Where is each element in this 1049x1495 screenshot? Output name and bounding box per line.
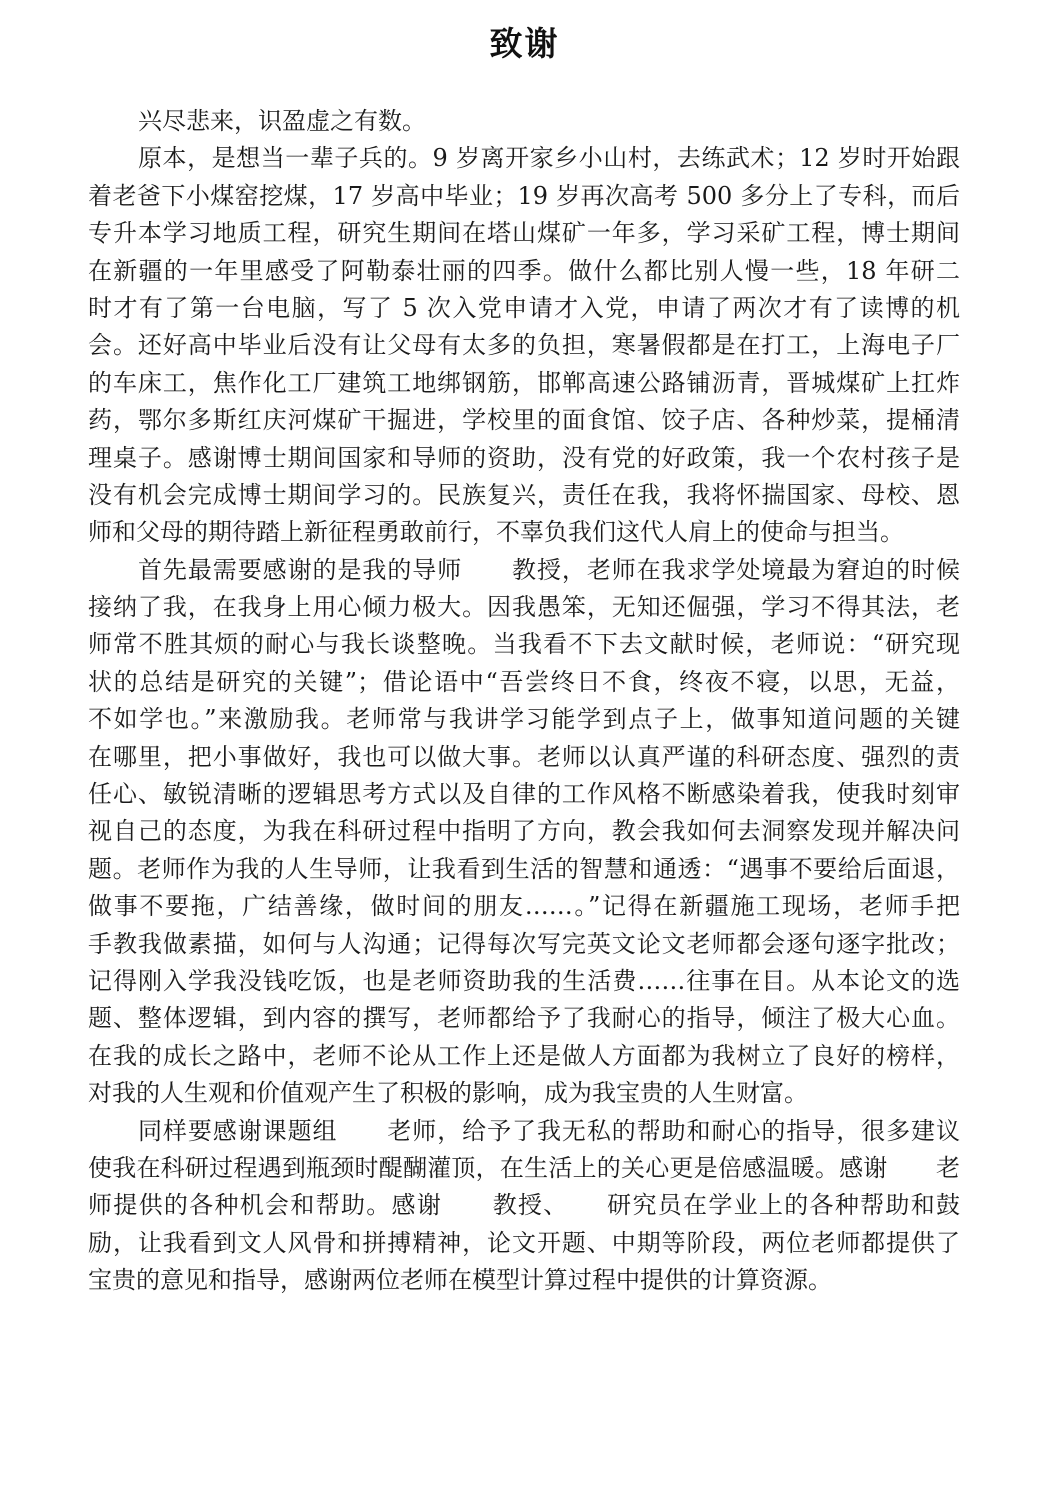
text-line: 题。老师作为我的人生导师，让我看到生活的智慧和通透：“遇事不要给后面退， (88, 851, 960, 888)
text-line: 药，鄂尔多斯红庆河煤矿干掘进，学校里的面食馆、饺子店、各种炒菜，提桶清 (88, 402, 960, 439)
acknowledgement-body: 兴尽悲来，识盈虚之有数。 原本，是想当一辈子兵的。9 岁离开家乡小山村，去练武术… (88, 103, 960, 1300)
text-line: 在我的成长之路中，老师不论从工作上还是做人方面都为我树立了良好的榜样， (88, 1038, 960, 1075)
text-line: 没有机会完成博士期间学习的。民族复兴，责任在我，我将怀揣国家、母校、恩 (88, 477, 960, 514)
text-line: 记得刚入学我没钱吃饭，也是老师资助我的生活费……往事在目。从本论文的选 (88, 963, 960, 1000)
text-line: 励，让我看到文人风骨和拼搏精神，论文开题、中期等阶段，两位老师都提供了 (88, 1225, 960, 1262)
text-line: 宝贵的意见和指导，感谢两位老师在模型计算过程中提供的计算资源。 (88, 1262, 960, 1299)
text-line: 同样要感谢课题组 老师，给予了我无私的帮助和耐心的指导，很多建议 (88, 1113, 960, 1150)
text-line: 状的总结是研究的关键”；借论语中“吾尝终日不食，终夜不寝，以思，无益， (88, 664, 960, 701)
paragraph-opening: 兴尽悲来，识盈虚之有数。 (88, 103, 960, 140)
text-line: 不如学也。”来激励我。老师常与我讲学习能学到点子上，做事知道问题的关键 (88, 701, 960, 738)
paragraph-background: 原本，是想当一辈子兵的。9 岁离开家乡小山村，去练武术；12 岁时开始跟 着老爸… (88, 140, 960, 551)
text-line: 的车床工，焦作化工厂建筑工地绑钢筋，邯郸高速公路铺沥青，晋城煤矿上扛炸 (88, 365, 960, 402)
text-line: 使我在科研过程遇到瓶颈时醍醐灌顶，在生活上的关心更是倍感温暖。感谢 老 (88, 1150, 960, 1187)
text-line: 兴尽悲来，识盈虚之有数。 (88, 103, 960, 140)
text-line: 在哪里，把小事做好，我也可以做大事。老师以认真严谨的科研态度、强烈的责 (88, 739, 960, 776)
text-line: 原本，是想当一辈子兵的。9 岁离开家乡小山村，去练武术；12 岁时开始跟 (88, 140, 960, 177)
text-line: 理桌子。感谢博士期间国家和导师的资助，没有党的好政策，我一个农村孩子是 (88, 440, 960, 477)
text-line: 接纳了我，在我身上用心倾力极大。因我愚笨，无知还倔强，学习不得其法，老 (88, 589, 960, 626)
text-line: 师和父母的期待踏上新征程勇敢前行，不辜负我们这代人肩上的使命与担当。 (88, 514, 960, 551)
text-line: 题、整体逻辑，到内容的撰写，老师都给予了我耐心的指导，倾注了极大心血。 (88, 1000, 960, 1037)
text-line: 在新疆的一年里感受了阿勒泰壮丽的四季。做什么都比别人慢一些，18 年研二 (88, 253, 960, 290)
text-line: 做事不要拖，广结善缘，做时间的朋友……。”记得在新疆施工现场，老师手把 (88, 888, 960, 925)
text-line: 时才有了第一台电脑，写了 5 次入党申请才入党，申请了两次才有了读博的机 (88, 290, 960, 327)
text-line: 手教我做素描，如何与人沟通；记得每次写完英文论文老师都会逐句逐字批改； (88, 926, 960, 963)
text-line: 任心、敏锐清晰的逻辑思考方式以及自律的工作风格不断感染着我，使我时刻审 (88, 776, 960, 813)
text-line: 师提供的各种机会和帮助。感谢 教授、 研究员在学业上的各种帮助和鼓 (88, 1187, 960, 1224)
text-line: 首先最需要感谢的是我的导师 教授，老师在我求学处境最为窘迫的时候 (88, 552, 960, 589)
page-title: 致谢 (0, 18, 1049, 65)
text-line: 着老爸下小煤窑挖煤，17 岁高中毕业；19 岁再次高考 500 多分上了专科，而… (88, 178, 960, 215)
text-line: 师常不胜其烦的耐心与我长谈整晚。当我看不下去文献时候，老师说：“研究现 (88, 626, 960, 663)
text-line: 视自己的态度，为我在科研过程中指明了方向，教会我如何去洞察发现并解决问 (88, 813, 960, 850)
paragraph-group-thanks: 同样要感谢课题组 老师，给予了我无私的帮助和耐心的指导，很多建议 使我在科研过程… (88, 1113, 960, 1300)
text-line: 专升本学习地质工程，研究生期间在塔山煤矿一年多，学习采矿工程，博士期间 (88, 215, 960, 252)
text-line: 对我的人生观和价值观产生了积极的影响，成为我宝贵的人生财富。 (88, 1075, 960, 1112)
paragraph-advisor-thanks: 首先最需要感谢的是我的导师 教授，老师在我求学处境最为窘迫的时候 接纳了我，在我… (88, 552, 960, 1113)
text-line: 会。还好高中毕业后没有让父母有太多的负担，寒暑假都是在打工，上海电子厂 (88, 327, 960, 364)
